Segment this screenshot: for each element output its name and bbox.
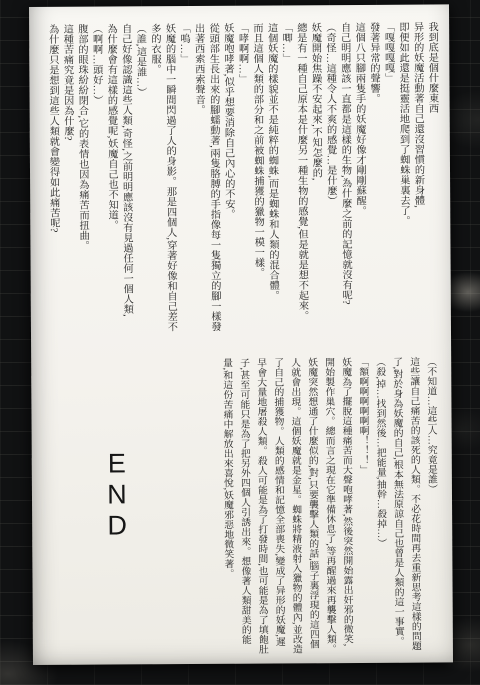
story-text-block-bottom: （不知道…這些人…究竟是誰）這些讓自己痛苦的該死的人類。不必花時間再去重新思考這… [218, 357, 441, 656]
vertical-text-line: 為什麼會有這樣的感覺呢,妖魔自己也不知道。 [102, 23, 119, 337]
vertical-text-line: （啊啊…頭好…） [88, 24, 105, 338]
vertical-text-line: 异形的妖魔活動著自己還沒習慣的新身體, [409, 22, 426, 336]
vertical-text-line: 「哮啊啊…」 [234, 23, 251, 337]
vertical-text-line: 這些讓自己痛苦的該死的人類。不必花時間再去重新思考這樣的問題了,對於身為妖魔的自… [388, 357, 424, 655]
vertical-text-line: 妖魔咆哮著,似乎想要消除自己內心的不安。 [219, 23, 236, 337]
vertical-text-line: 這個妖魔的樣貌並不是純粹的蜘蛛,而是蜘蛛和人類的混合體。 [263, 22, 280, 336]
vertical-text-line: 我到底是個什麼東西 [424, 22, 441, 336]
brick-wall-background: 我到底是個什麼東西异形的妖魔活動著自己還沒習慣的新身體,即便如此還是挺靈活地爬到… [0, 0, 480, 685]
vertical-text-line: 妖魔開始焦躁不安起來,不知怎麼的, [307, 22, 324, 336]
vertical-text-line: 總是有一種自己原本是什麼另一種生物的感覺,但是就是想不起來。 [292, 22, 309, 336]
vertical-text-line: 腹部的眼珠紛紛閉合,它的表情也因為痛苦而扭曲。 [73, 24, 90, 338]
vertical-text-line: 自己好像認識這些人類,奇怪,之前明明應該沒有見過任何一個人類, [117, 23, 134, 337]
vertical-text-line: 這種苦痛究竟是因為什麼? [59, 24, 76, 338]
vertical-text-line: 妖魔為了擺脫這種痛苦而大聲咆哮著,然後突然開始露出奸邪的微笑,開始製作巢穴。總而… [320, 357, 356, 655]
vertical-text-line: 發著异常的聲響。 [365, 22, 382, 336]
vertical-text-line: 「嘎嘎嘎嘎」 [380, 22, 397, 336]
vertical-text-line: 「額啊啊啊啊啊啊！！！」 [354, 357, 373, 655]
scanned-page: 我到底是個什麼東西异形的妖魔活動著自己還沒習慣的新身體,即便如此還是挺靈活地爬到… [29, 4, 453, 665]
vertical-text-line: （誰,這是誰…） [132, 23, 149, 337]
vertical-text-line: 妖魔的腦中一瞬間閃過了人的身影。那是四個人,穿著好像和自己差不多的衣服。 [146, 23, 177, 337]
story-text-block-top: 我到底是個什麼東西异形的妖魔活動著自己還沒習慣的新身體,即便如此還是挺靈活地爬到… [44, 22, 440, 338]
vertical-text-line: 從頭部生長出來的腳蠕動著,兩隻胳膊的手指像每一隻獨立的腳一樣發出著西索西索聲音。 [190, 23, 221, 337]
vertical-text-line: 為什麼只是想到這些人類就會變得如此痛苦呢? [44, 24, 61, 338]
vertical-text-line: 妖魔突然想通了什麼似的,對,只要襲擊人類的話,腦子裏浮現的這四個人就會出現。這個… [218, 357, 322, 656]
vertical-text-line: （不知道…這些人…究竟是誰） [422, 357, 441, 655]
end-label: END [103, 448, 131, 541]
vertical-text-line: （奇怪…這種令人不爽的感覺…是什麼） [321, 22, 338, 336]
vertical-text-line: 自己明明應該一直都是這樣的生物,為什麼之前的記憶就沒有呢? [336, 22, 353, 336]
vertical-text-line: 即便如此還是挺靈活地爬到了蜘蛛巢裏去了。 [394, 22, 411, 336]
vertical-text-line: （殺,掉…找到然後…把能量,抽幹…殺掉…） [371, 357, 390, 655]
vertical-text-line: 這個八只腳兩隻手的妖魔好像才剛剛蘇醒。 [351, 22, 368, 336]
vertical-text-line: 而且這個人類的部分和之前被蜘蛛捕獲的獵物一模一樣。 [248, 23, 265, 337]
